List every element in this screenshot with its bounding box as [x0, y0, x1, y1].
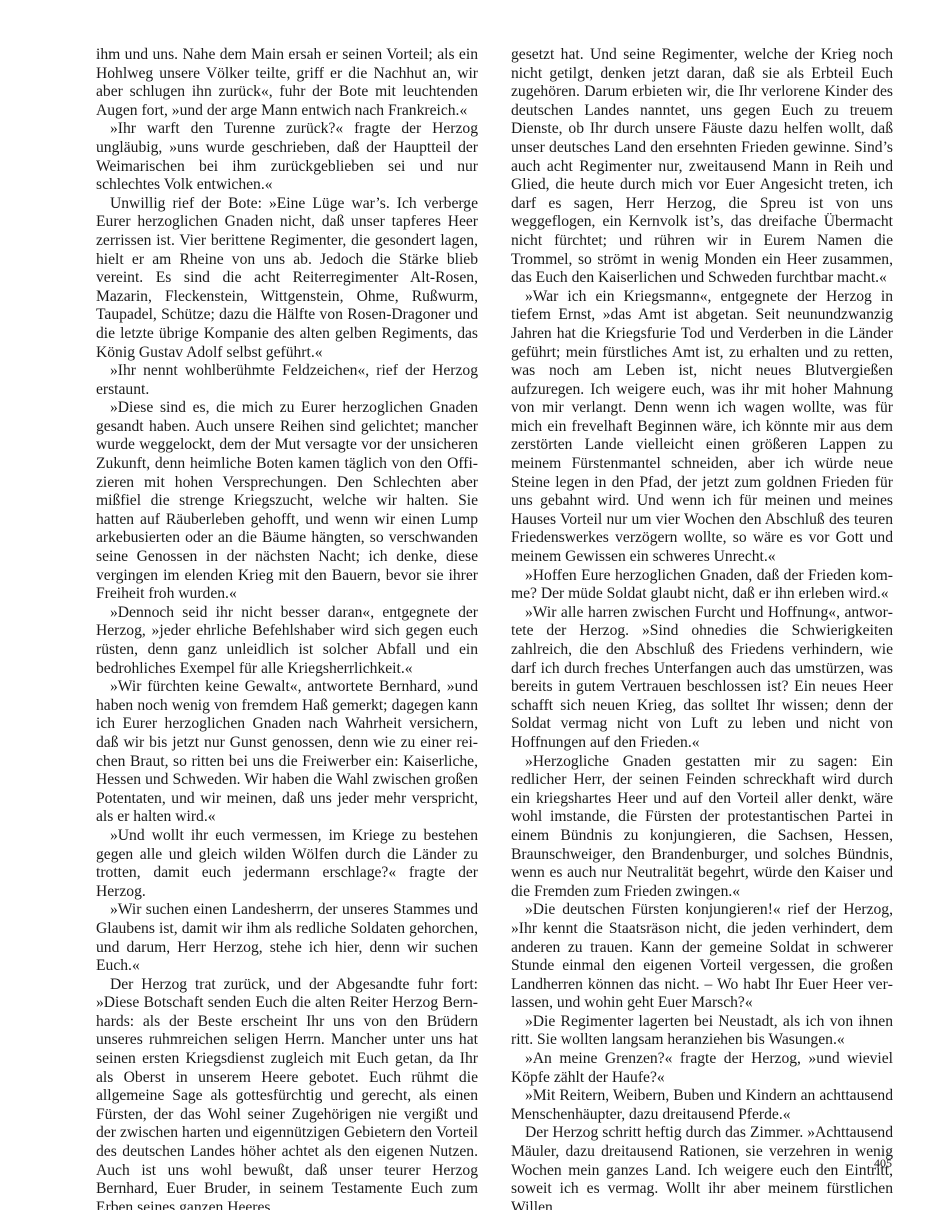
paragraph: »Hoffen Eure herzoglichen Gnaden, daß de…	[511, 567, 893, 604]
paragraph: »Herzogliche Gnaden gestatten mir zu sag…	[511, 753, 893, 902]
paragraph: »An meine Grenzen?« fragte der Herzog, »…	[511, 1050, 893, 1087]
paragraph: »Ihr nennt wohlberühmte Feldzeichen«, ri…	[96, 362, 478, 399]
paragraph: »Die Regimenter lagerten bei Neustadt, a…	[511, 1013, 893, 1050]
paragraph: »Wir alle harren zwischen Furcht und Hof…	[511, 604, 893, 753]
paragraph: »Dennoch seid ihr nicht besser daran«, e…	[96, 604, 478, 678]
paragraph: »Mit Reitern, Weibern, Buben und Kindern…	[511, 1087, 893, 1124]
paragraph: gesetzt hat. Und seine Regimenter, welch…	[511, 46, 893, 288]
paragraph: »Und wollt ihr euch vermessen, im Kriege…	[96, 827, 478, 901]
paragraph: »Ihr warft den Turenne zurück?« fragte d…	[96, 120, 478, 194]
right-column: gesetzt hat. Und seine Regimenter, welch…	[511, 46, 893, 1210]
book-page: ihm und uns. Nahe dem Main ersah er sein…	[0, 0, 935, 1210]
paragraph: »Diese sind es, die mich zu Eurer herzog…	[96, 399, 478, 604]
paragraph: Der Herzog schritt heftig durch das Zimm…	[511, 1124, 893, 1210]
left-column: ihm und uns. Nahe dem Main ersah er sein…	[96, 46, 478, 1210]
paragraph: Der Herzog trat zurück, und der Abgesand…	[96, 976, 478, 1210]
paragraph: ihm und uns. Nahe dem Main ersah er sein…	[96, 46, 478, 120]
paragraph: »Die deutschen Fürsten konjungieren!« ri…	[511, 901, 893, 1013]
paragraph: »Wir suchen einen Landesherrn, der unser…	[96, 901, 478, 975]
paragraph: Unwillig rief der Bote: »Eine Lüge war’s…	[96, 195, 478, 362]
page-number: 405	[874, 1156, 892, 1171]
paragraph: »Wir fürchten keine Gewalt«, antwortete …	[96, 678, 478, 827]
paragraph: »War ich ein Kriegsmann«, entgegnete der…	[511, 288, 893, 567]
